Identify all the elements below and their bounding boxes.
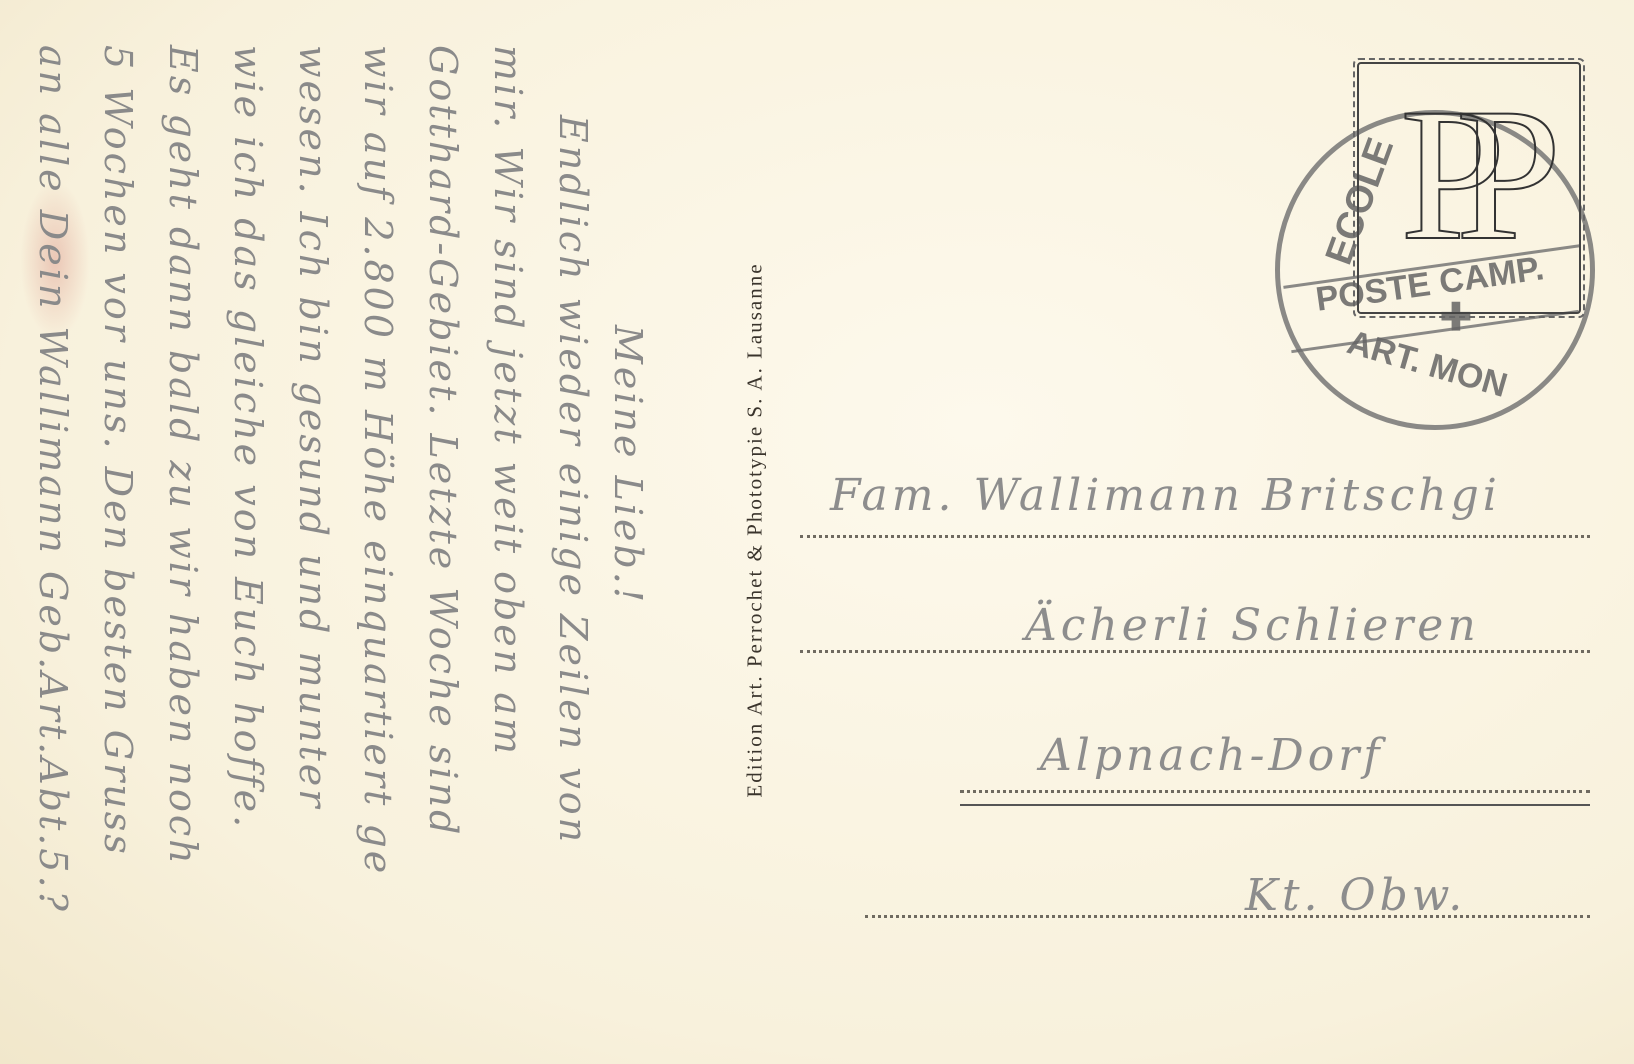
address-line-street: Ächerli Schlieren [1025,600,1480,651]
address-line-town: Alpnach-Dorf [1040,730,1384,781]
address-dotted-line [865,915,1590,918]
handwritten-message: Meine Lieb.! Endlich wieder einige Zeile… [10,25,650,1055]
message-line: Endlich wieder einige Zeilen von [551,115,595,845]
publisher-imprint: Edition Art. Perrochet & Phototypie S. A… [743,262,768,797]
message-line: 5 Wochen vor uns. Den besten Gruss [96,45,140,857]
message-salutation: Meine Lieb.! [606,325,650,605]
message-line: wie ich das gleiche von Euch hoffe. [226,45,270,830]
address-dotted-line [960,790,1590,793]
address-underline [960,804,1590,806]
message-line: an alle Dein Wallimann Geb.Art.Abt.5.? [31,45,75,914]
message-line: wesen. Ich bin gesund und munter [291,45,335,810]
message-line: mir. Wir sind jetzt weit oben am [486,45,530,757]
pp-stamp-icon: PP [1400,80,1511,270]
address-dotted-line [800,650,1590,653]
address-dotted-line [800,535,1590,538]
message-line: wir auf 2.800 m Höhe einquartiert ge [356,45,400,876]
message-line: Es geht dann bald zu wir haben noch [161,45,205,867]
message-line: Gotthard-Gebiet. Letzte Woche sind [421,45,465,837]
address-line-name: Fam. Wallimann Britschgi [830,470,1501,521]
address-line-canton: Kt. Obw. [1245,870,1466,921]
